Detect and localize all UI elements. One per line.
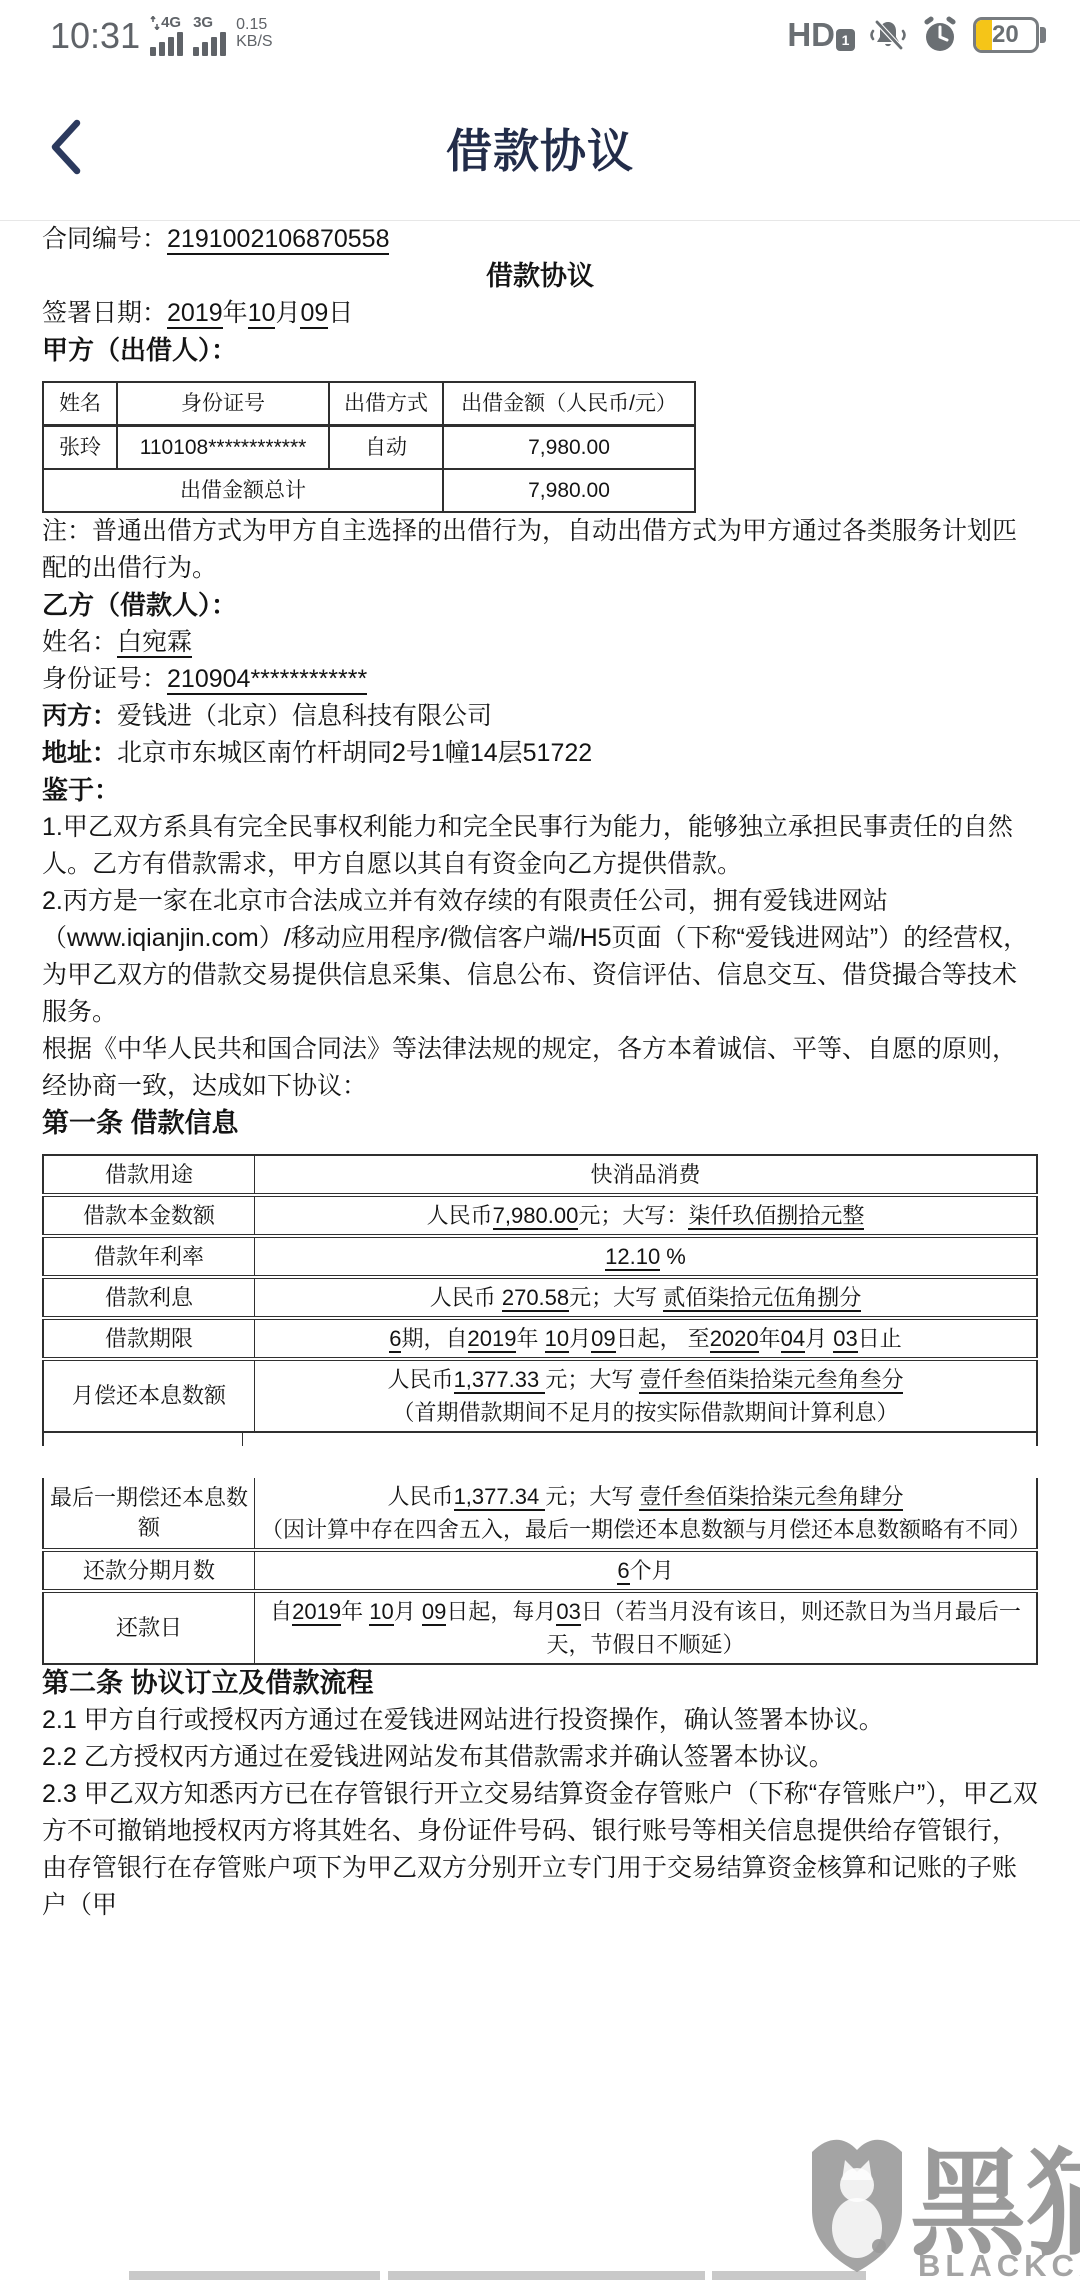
- party-a-header-row: 姓名 身份证号 出借方式 出借金额（人民币/元）: [43, 382, 695, 426]
- lender-name: 张玲: [43, 426, 117, 470]
- clock: 10:31: [50, 14, 140, 58]
- loan-table-row: 借款本金数额人民币7,980.00元；大写：柒仟玖佰捌拾元整: [43, 1195, 1037, 1236]
- col-header-amount: 出借金额（人民币/元）: [443, 382, 695, 426]
- party-b-heading: 乙方（借款人）：: [42, 587, 1038, 624]
- loan-table-row: 还款分期月数6个月: [43, 1550, 1037, 1591]
- whereas-clause-1: 1.甲乙双方系具有完全民事权利能力和完全民事行为能力，能够独立承担民事责任的自然…: [42, 809, 1038, 883]
- borrower-id: 210904************: [167, 665, 367, 695]
- next-page-bar: [388, 2271, 705, 2280]
- loan-row-label: 借款本金数额: [43, 1195, 255, 1236]
- page-break-table-stub: [42, 1433, 1038, 1446]
- lender-id: 110108************: [117, 426, 329, 470]
- loan-row-value: 自2019年 10月 09日起，每月03日（若当月没有该日，则还款日为当月最后一…: [255, 1591, 1038, 1664]
- signal-bars: [150, 32, 183, 56]
- app-header: 借款协议: [0, 76, 1080, 221]
- loan-row-label: 最后一期偿还本息数额: [43, 1478, 255, 1550]
- blackcat-watermark: 黑猫 BLACKCAT: [800, 2128, 1080, 2280]
- col-header-name: 姓名: [43, 382, 117, 426]
- legal-basis-paragraph: 根据《中华人民共和国合同法》等法律法规的规定，各方本着诚信、平等、自愿的原则，经…: [42, 1031, 1038, 1105]
- status-bar-left: 10:31 4G 3G 0.15 KB/S: [50, 14, 273, 58]
- loan-table-row: 借款期限6期，自2019年 10月09日起， 至2020年04月 03日止: [43, 1318, 1037, 1359]
- loan-table-row: 月偿还本息数额人民币1,377.33 元；大写 壹仟叁佰柒拾柒元叁角叁分（首期借…: [43, 1359, 1037, 1432]
- loan-row-value: 人民币 270.58元；大写 贰佰柒拾元伍角捌分: [255, 1277, 1038, 1318]
- company-address: 北京市东城区南竹杆胡同2号1幢14层51722: [117, 739, 592, 767]
- alarm-clock-icon: [921, 16, 959, 54]
- document-scroll-area[interactable]: 合同编号：2191002106870558 借款协议 签署日期：2019年10月…: [0, 221, 1080, 1924]
- network-speed: 0.15 KB/S: [236, 16, 272, 50]
- battery-percent: 20: [992, 21, 1019, 49]
- note-paragraph: 注：普通出借方式为甲方自主选择的出借行为，自动出借方式为甲方通过各类服务计划匹配…: [42, 513, 1038, 587]
- address-line: 地址：北京市东城区南竹杆胡同2号1幢14层51722: [42, 735, 1038, 772]
- party-a-heading: 甲方（出借人）：: [42, 332, 1038, 369]
- watermark-en-text: BLACKCAT: [918, 2248, 1080, 2280]
- next-page-bar: [129, 2271, 380, 2280]
- loan-table-row: 借款利息人民币 270.58元；大写 贰佰柒拾元伍角捌分: [43, 1277, 1037, 1318]
- party-a-total-row: 出借金额总计 7,980.00: [43, 469, 695, 512]
- loan-row-value: 6个月: [255, 1550, 1038, 1591]
- loan-row-label: 借款利息: [43, 1277, 255, 1318]
- loan-row-value: 人民币1,377.33 元；大写 壹仟叁佰柒拾柒元叁角叁分（首期借款期间不足月的…: [255, 1359, 1038, 1432]
- loan-table-row: 借款用途快消品消费: [43, 1155, 1037, 1195]
- loan-row-label: 月偿还本息数额: [43, 1359, 255, 1432]
- col-header-method: 出借方式: [329, 382, 443, 426]
- sim2-network-label: 3G: [193, 15, 213, 30]
- article-2-heading: 第二条 协议订立及借款流程: [42, 1665, 1038, 1702]
- loan-table-row: 借款年利率12.10 %: [43, 1236, 1037, 1277]
- signal-bars: [193, 32, 226, 56]
- mute-bell-icon: [869, 17, 907, 53]
- loan-table-row: 还款日自2019年 10月 09日起，每月03日（若当月没有该日，则还款日为当月…: [43, 1591, 1037, 1664]
- party-b-name-line: 姓名：白宛霖: [42, 624, 1038, 661]
- party-c-line: 丙方：爱钱进（北京）信息科技有限公司: [42, 698, 1038, 735]
- signal-icon-sim1: 4G: [150, 15, 183, 56]
- loan-info-table-part1: 借款用途快消品消费借款本金数额人民币7,980.00元；大写：柒仟玖佰捌拾元整借…: [42, 1154, 1038, 1433]
- contract-number-label: 合同编号：: [42, 225, 167, 253]
- sim1-network-label: 4G: [161, 15, 181, 30]
- next-page-bar: [712, 2271, 866, 2280]
- total-amount: 7,980.00: [443, 469, 695, 512]
- network-speed-value: 0.15: [236, 16, 272, 33]
- borrower-name: 白宛霖: [117, 628, 192, 658]
- lend-amount: 7,980.00: [443, 426, 695, 470]
- loan-row-value: 人民币7,980.00元；大写：柒仟玖佰捌拾元整: [255, 1195, 1038, 1236]
- clause-2-3: 2.3 甲乙双方知悉丙方已在存管银行开立交易结算资金存管账户（下称“存管账户”）…: [42, 1776, 1038, 1924]
- party-a-data-row: 张玲 110108************ 自动 7,980.00: [43, 426, 695, 470]
- loan-table-row: 最后一期偿还本息数额人民币1,377.34 元；大写 壹仟叁佰柒拾柒元叁角肆分（…: [43, 1478, 1037, 1550]
- hd-sim-number: 1: [836, 29, 855, 51]
- article-1-heading: 第一条 借款信息: [42, 1105, 1038, 1142]
- loan-row-label: 借款年利率: [43, 1236, 255, 1277]
- page-title: 借款协议: [0, 76, 1080, 220]
- total-label: 出借金额总计: [43, 469, 443, 512]
- battery-icon: 20: [973, 17, 1046, 53]
- loan-row-label: 还款分期月数: [43, 1550, 255, 1591]
- lend-method: 自动: [329, 426, 443, 470]
- hd-voice-icon: HD 1: [787, 17, 855, 53]
- party-b-id-line: 身份证号：210904************: [42, 661, 1038, 698]
- loan-row-label: 借款用途: [43, 1155, 255, 1195]
- whereas-heading: 鉴于：: [42, 772, 1038, 809]
- loan-row-value: 快消品消费: [255, 1155, 1038, 1195]
- document-title: 借款协议: [42, 258, 1038, 295]
- clause-2-1: 2.1 甲方自行或授权丙方通过在爱钱进网站进行投资操作，确认签署本协议。: [42, 1702, 1038, 1739]
- status-bar: 10:31 4G 3G 0.15 KB/S HD 1: [0, 0, 1080, 76]
- shield-cat-logo: [812, 2140, 902, 2272]
- loan-row-value: 人民币1,377.34 元；大写 壹仟叁佰柒拾柒元叁角肆分（因计算中存在四舍五入…: [255, 1478, 1038, 1550]
- updown-arrows-icon: [150, 16, 160, 30]
- platform-company: 爱钱进（北京）信息科技有限公司: [117, 702, 492, 730]
- page-break-gap: [42, 1446, 1038, 1478]
- watermark-zh-text: 黑猫: [910, 2139, 1080, 2269]
- clause-2-2: 2.2 乙方授权丙方通过在爱钱进网站发布其借款需求并确认签署本协议。: [42, 1739, 1038, 1776]
- loan-row-value: 6期，自2019年 10月09日起， 至2020年04月 03日止: [255, 1318, 1038, 1359]
- loan-row-value: 12.10 %: [255, 1236, 1038, 1277]
- signal-icon-sim2: 3G: [193, 15, 226, 56]
- loan-row-label: 借款期限: [43, 1318, 255, 1359]
- sign-date-line: 签署日期：2019年10月09日: [42, 295, 1038, 332]
- network-speed-unit: KB/S: [236, 33, 272, 50]
- phone-screen: { "status_bar": { "time": "10:31", "sim1…: [0, 0, 1080, 2280]
- battery-fill: [976, 20, 992, 50]
- loan-info-table-part2: 最后一期偿还本息数额人民币1,377.34 元；大写 壹仟叁佰柒拾柒元叁角肆分（…: [42, 1478, 1038, 1665]
- party-a-table: 姓名 身份证号 出借方式 出借金额（人民币/元） 张玲 110108******…: [42, 381, 696, 513]
- contract-number-value: 2191002106870558: [167, 225, 389, 255]
- col-header-id: 身份证号: [117, 382, 329, 426]
- whereas-clause-2: 2.丙方是一家在北京市合法成立并有效存续的有限责任公司，拥有爱钱进网站（www.…: [42, 883, 1038, 1031]
- contract-number-line: 合同编号：2191002106870558: [42, 221, 1038, 258]
- loan-row-label: 还款日: [43, 1591, 255, 1664]
- status-bar-right: HD 1 20: [787, 16, 1046, 54]
